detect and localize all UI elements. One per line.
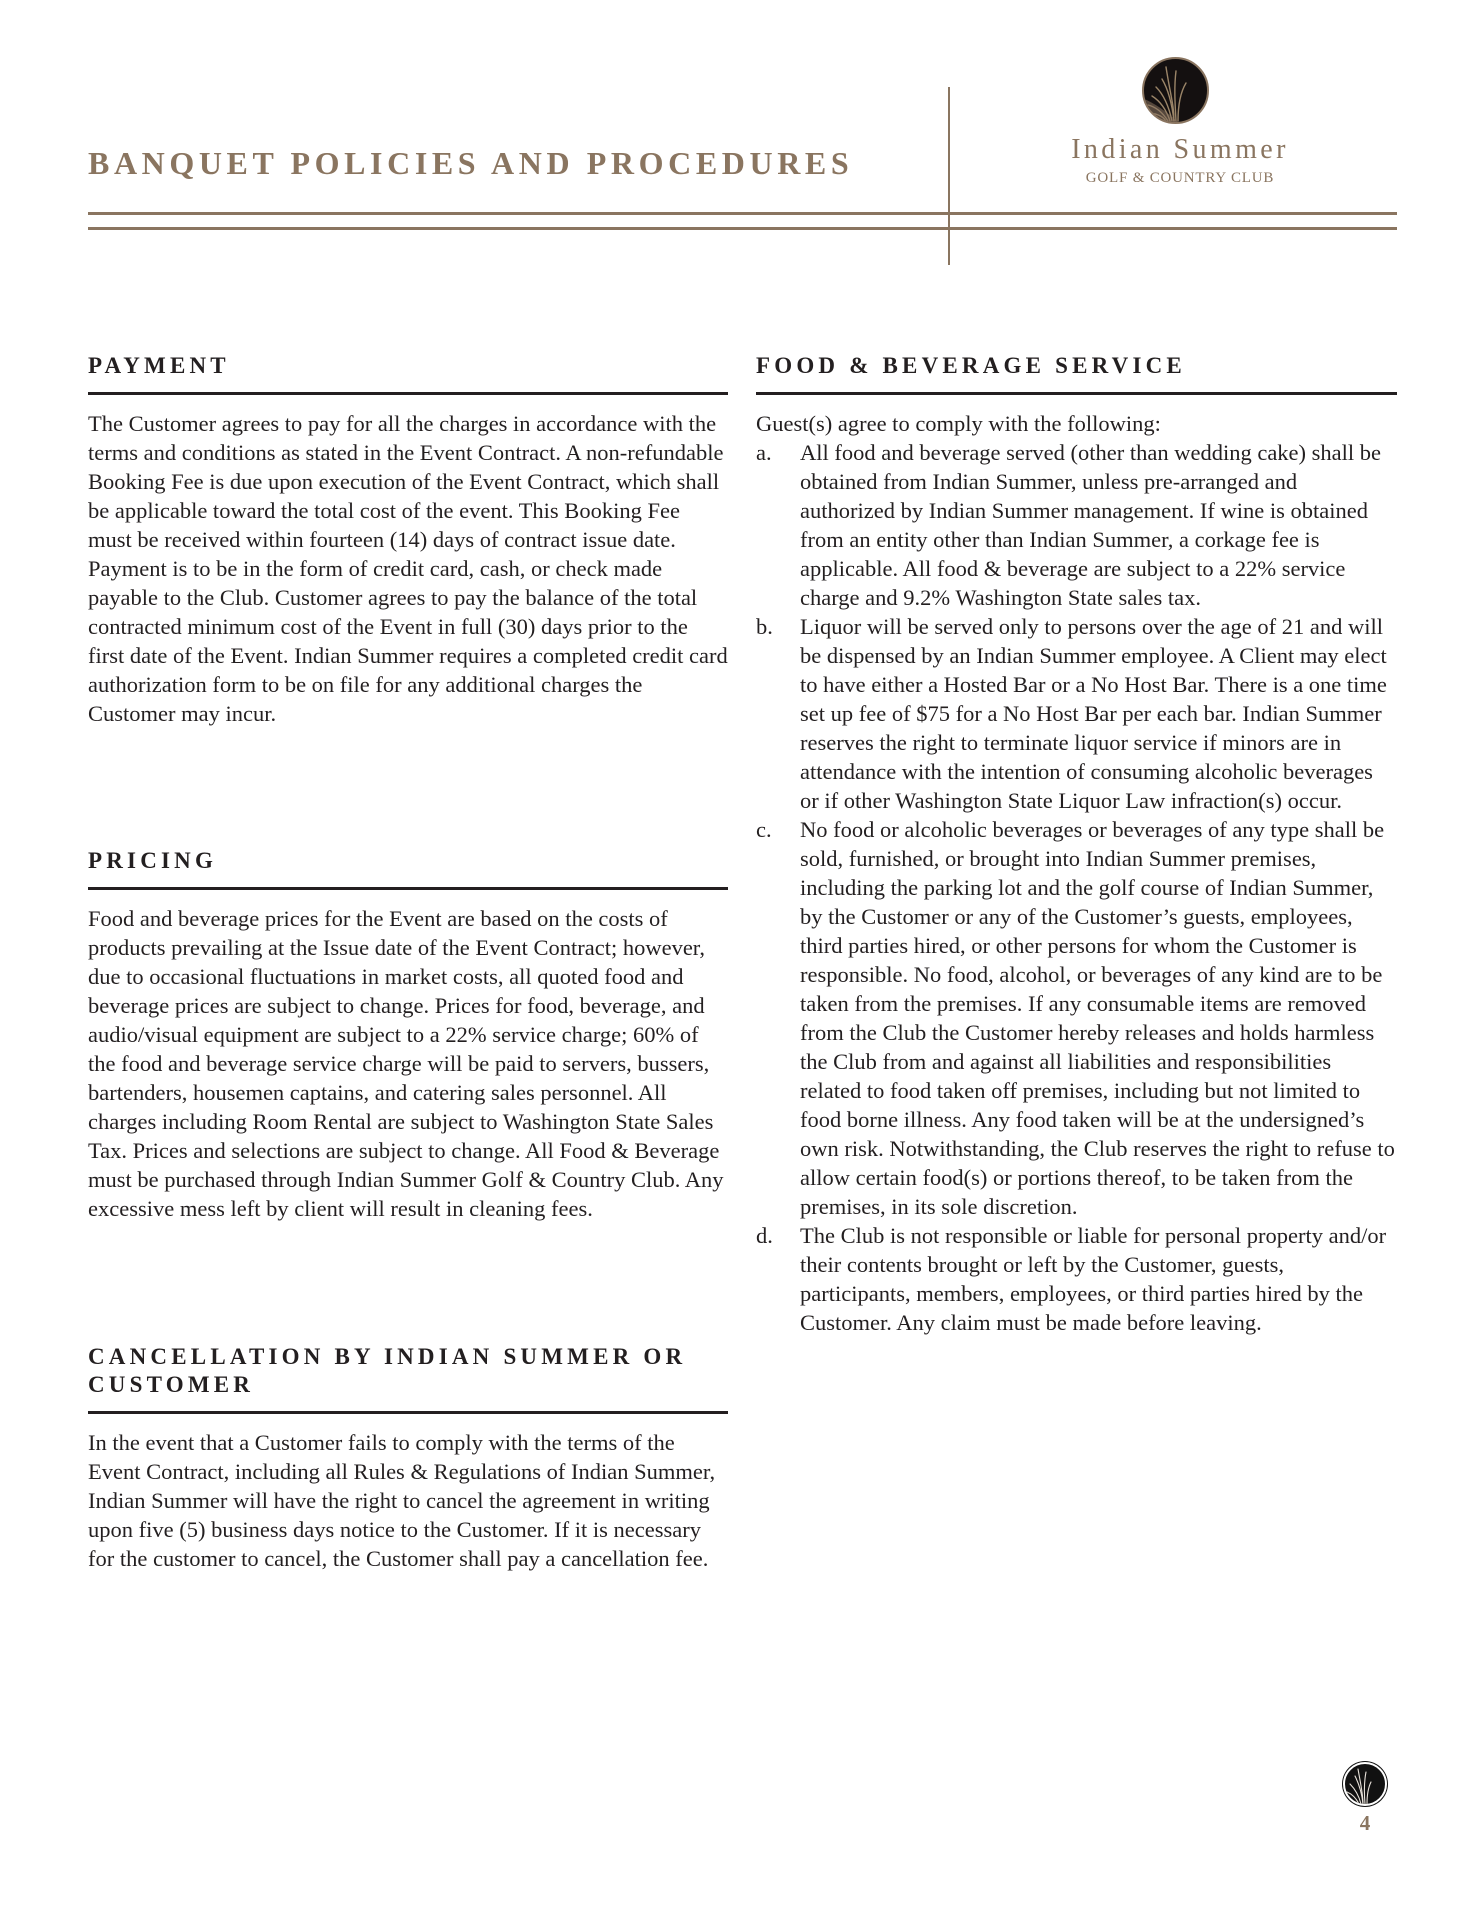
header-rule-top — [88, 212, 1397, 215]
list-item-text: The Club is not responsible or liable fo… — [800, 1223, 1386, 1335]
payment-heading: PAYMENT — [88, 352, 728, 395]
cancellation-body: In the event that a Customer fails to co… — [88, 1428, 728, 1573]
list-marker: b. — [756, 612, 773, 641]
page-title: BANQUET POLICIES AND PROCEDURES — [88, 143, 853, 183]
list-item-text: No food or alcoholic beverages or bevera… — [800, 817, 1395, 1219]
grass-emblem-icon — [1142, 57, 1209, 124]
pricing-section: PRICING Food and beverage prices for the… — [88, 847, 728, 1223]
food-beverage-intro: Guest(s) agree to comply with the follow… — [756, 409, 1397, 438]
list-item: d. The Club is not responsible or liable… — [756, 1221, 1397, 1337]
cancellation-heading: CANCELLATION BY INDIAN SUMMER OR CUSTOME… — [88, 1343, 728, 1414]
food-beverage-body: Guest(s) agree to comply with the follow… — [756, 409, 1397, 1337]
list-item: b. Liquor will be served only to persons… — [756, 612, 1397, 815]
list-item-text: All food and beverage served (other than… — [800, 440, 1381, 610]
food-beverage-heading: FOOD & BEVERAGE SERVICE — [756, 352, 1397, 395]
club-logo-name: Indian Summer — [1040, 134, 1320, 166]
list-marker: d. — [756, 1221, 773, 1250]
payment-section: PAYMENT The Customer agrees to pay for a… — [88, 352, 728, 728]
list-item: a. All food and beverage served (other t… — [756, 438, 1397, 612]
header-vertical-divider — [948, 87, 950, 265]
cancellation-section: CANCELLATION BY INDIAN SUMMER OR CUSTOME… — [88, 1343, 728, 1573]
list-item-text: Liquor will be served only to persons ov… — [800, 614, 1387, 813]
club-logo-subtitle: GOLF & COUNTRY CLUB — [1040, 169, 1320, 187]
pricing-heading: PRICING — [88, 847, 728, 890]
food-beverage-rules-list: a. All food and beverage served (other t… — [756, 438, 1397, 1337]
list-item: c. No food or alcoholic beverages or bev… — [756, 815, 1397, 1221]
list-marker: a. — [756, 438, 772, 467]
page-number: 4 — [1343, 1811, 1387, 1835]
pricing-body: Food and beverage prices for the Event a… — [88, 904, 728, 1223]
payment-body: The Customer agrees to pay for all the c… — [88, 409, 728, 728]
food-beverage-section: FOOD & BEVERAGE SERVICE Guest(s) agree t… — [756, 352, 1397, 1337]
list-marker: c. — [756, 815, 772, 844]
footer-grass-emblem-icon — [1343, 1762, 1387, 1806]
header-rule-bottom — [88, 227, 1397, 230]
